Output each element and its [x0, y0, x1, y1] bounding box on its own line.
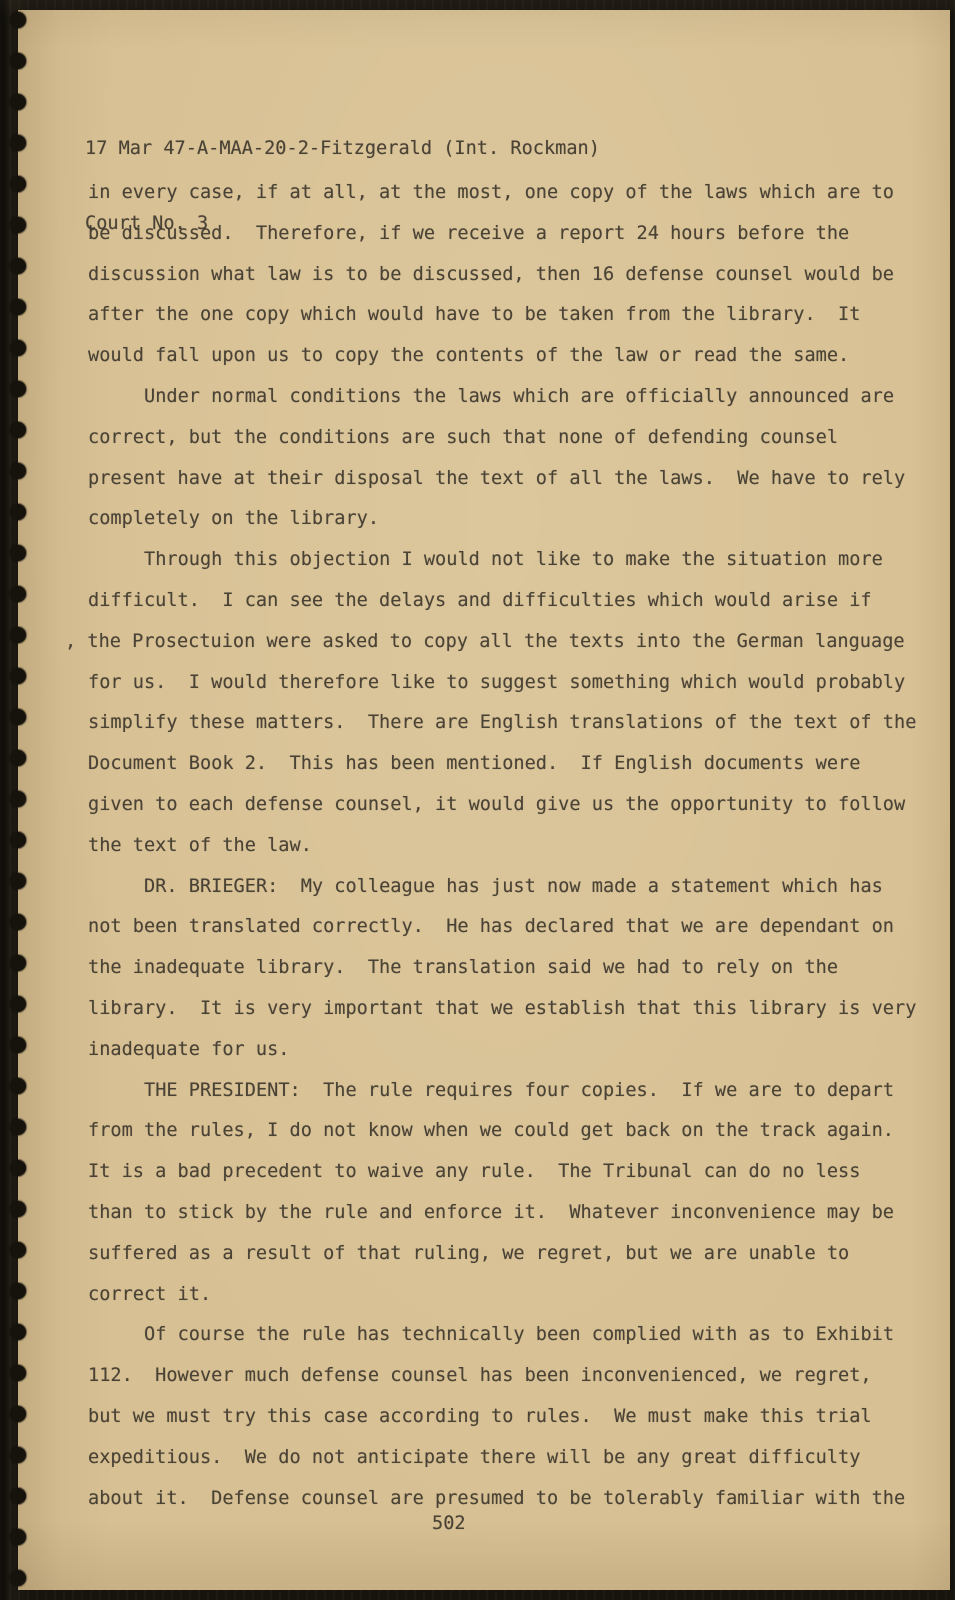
- text-line: correct, but the conditions are such tha…: [88, 418, 916, 459]
- text-line: difficult. I can see the delays and diff…: [88, 581, 916, 622]
- binding-notch: [10, 1078, 26, 1094]
- text-line: but we must try this case according to r…: [88, 1397, 916, 1438]
- binding-notch: [10, 258, 26, 274]
- binding-notch: [10, 422, 26, 438]
- binding-notch: [10, 791, 26, 807]
- binding-notch: [10, 1119, 26, 1135]
- text-line: Document Book 2. This has been mentioned…: [88, 744, 916, 785]
- binding-notch: [10, 914, 26, 930]
- text-line: correct it.: [88, 1275, 916, 1316]
- binding-notch: [10, 53, 26, 69]
- binding-notch: [10, 1406, 26, 1422]
- binding-notch: [10, 1365, 26, 1381]
- binding-notch: [10, 668, 26, 684]
- text-line: Through this objection I would not like …: [88, 540, 916, 581]
- binding-notch: [10, 1447, 26, 1463]
- scanned-transcript-page: 17 Mar 47-A-MAA-20-2-Fitzgerald (Int. Ro…: [0, 0, 955, 1600]
- text-line: would fall upon us to copy the contents …: [88, 336, 916, 377]
- text-line: discussion what law is to be discussed, …: [88, 255, 916, 296]
- binding-notch: [10, 545, 26, 561]
- binding-notch: [10, 1570, 26, 1586]
- text-line: be discussed. Therefore, if we receive a…: [88, 214, 916, 255]
- text-line: for us. I would therefore like to sugges…: [88, 663, 916, 704]
- binding-notch: [10, 832, 26, 848]
- text-line: the inadequate library. The translation …: [88, 948, 916, 989]
- binding-notch: [10, 504, 26, 520]
- binding-notch: [10, 12, 26, 28]
- binding-notch: [10, 709, 26, 725]
- binding-notch: [10, 135, 26, 151]
- binding-notch: [10, 1283, 26, 1299]
- binding-notch: [10, 1242, 26, 1258]
- binding-notch: [10, 1529, 26, 1545]
- binding-notch: [10, 996, 26, 1012]
- binding-notch: [10, 955, 26, 971]
- binding-notch: [10, 217, 26, 233]
- text-line: the text of the law.: [88, 826, 916, 867]
- header-reference-line: 17 Mar 47-A-MAA-20-2-Fitzgerald (Int. Ro…: [85, 136, 600, 161]
- text-line: It is a bad precedent to waive any rule.…: [88, 1152, 916, 1193]
- transcript-body: in every case, if at all, at the most, o…: [88, 173, 916, 1519]
- text-line: Under normal conditions the laws which a…: [88, 377, 916, 418]
- binding-notch: [10, 94, 26, 110]
- text-line: given to each defense counsel, it would …: [88, 785, 916, 826]
- text-line: expeditious. We do not anticipate there …: [88, 1438, 916, 1479]
- binding-notch: [10, 1488, 26, 1504]
- text-line: than to stick by the rule and enforce it…: [88, 1193, 916, 1234]
- text-line: Of course the rule has technically been …: [88, 1315, 916, 1356]
- binding-notch: [10, 1201, 26, 1217]
- text-line: after the one copy which would have to b…: [88, 295, 916, 336]
- text-line: about it. Defense counsel are presumed t…: [88, 1479, 916, 1520]
- binding-notch: [10, 627, 26, 643]
- binding-notch: [10, 381, 26, 397]
- text-line: DR. BRIEGER: My colleague has just now m…: [88, 867, 916, 908]
- binding-notch: [10, 299, 26, 315]
- binding-notch: [10, 1324, 26, 1340]
- text-line: from the rules, I do not know when we co…: [88, 1111, 916, 1152]
- binding-notch: [10, 750, 26, 766]
- binding-notch: [10, 340, 26, 356]
- binding-notch: [10, 873, 26, 889]
- text-line: simplify these matters. There are Englis…: [88, 703, 916, 744]
- text-line: THE PRESIDENT: The rule requires four co…: [88, 1071, 916, 1112]
- text-line: 112. However much defense counsel has be…: [88, 1356, 916, 1397]
- text-line: not been translated correctly. He has de…: [88, 907, 916, 948]
- binding-notch: [10, 176, 26, 192]
- text-line: suffered as a result of that ruling, we …: [88, 1234, 916, 1275]
- binding-notch: [10, 586, 26, 602]
- binding-notch: [10, 463, 26, 479]
- text-line: inadequate for us.: [88, 1030, 916, 1071]
- binding-notch: [10, 1160, 26, 1176]
- page-number: 502: [432, 1504, 466, 1545]
- binding-notch: [10, 1037, 26, 1053]
- text-line: in every case, if at all, at the most, o…: [88, 173, 916, 214]
- text-line: completely on the library.: [88, 499, 916, 540]
- text-line: library. It is very important that we es…: [88, 989, 916, 1030]
- text-line: present have at their disposal the text …: [88, 459, 916, 500]
- text-line: , the Prosectuion were asked to copy all…: [65, 622, 916, 663]
- document-page: 17 Mar 47-A-MAA-20-2-Fitzgerald (Int. Ro…: [18, 10, 950, 1590]
